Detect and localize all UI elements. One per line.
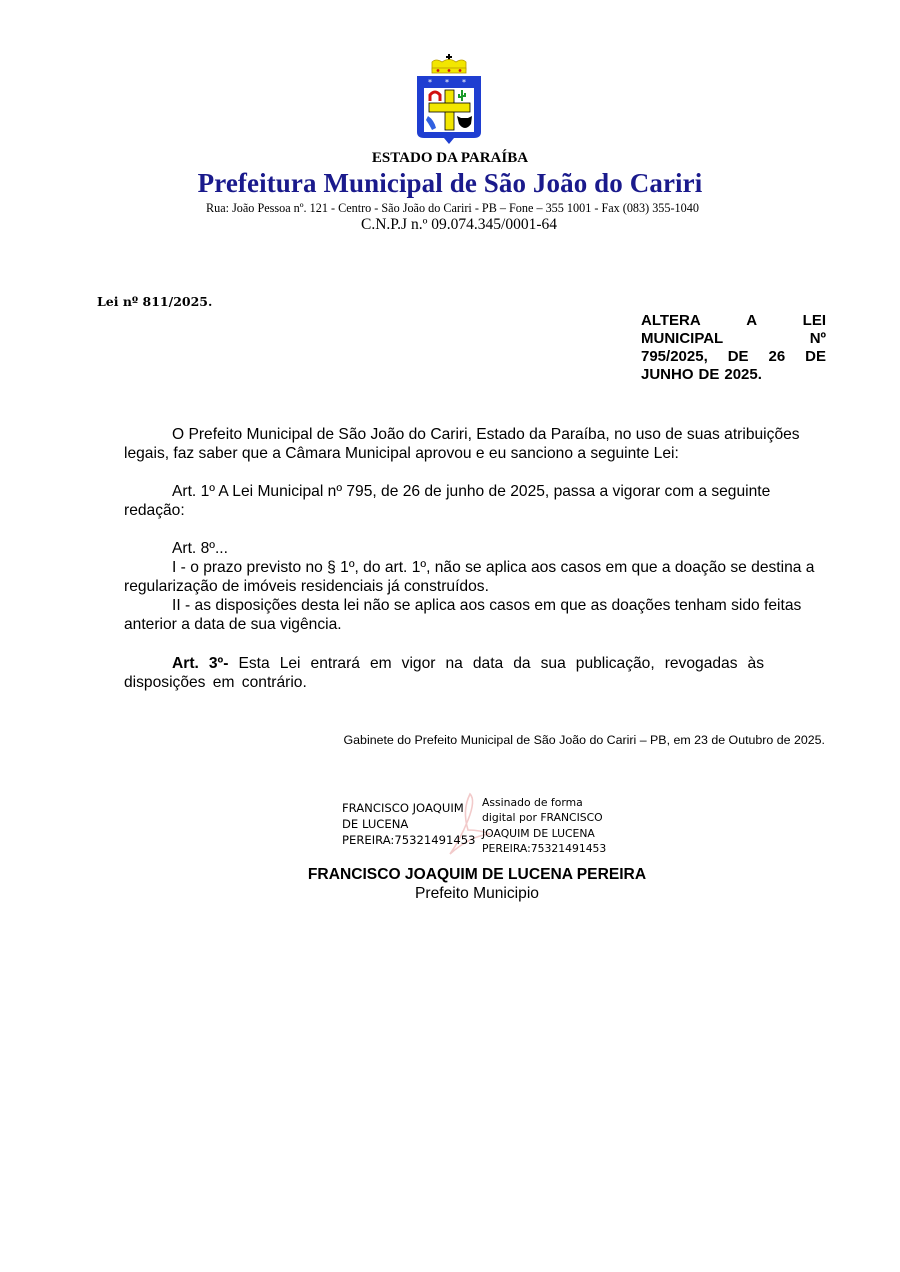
- preamble-paragraph: O Prefeito Municipal de São João do Cari…: [124, 425, 824, 463]
- article-3-paragraph: Art. 3º- Esta Lei entrará em vigor na da…: [124, 654, 764, 692]
- summary-word: A: [746, 312, 757, 330]
- state-heading: ESTADO DA PARAÍBA: [0, 150, 900, 167]
- article-3-label: Art. 3º-: [172, 655, 228, 672]
- item-ii-text: II - as disposições desta lei não se apl…: [124, 596, 824, 634]
- coat-of-arms-icon: * * *: [414, 54, 484, 146]
- summary-word: DE: [699, 366, 720, 384]
- cnpj-line: C.N.P.J n.º 09.074.345/0001-64: [0, 216, 900, 234]
- summary-word: DE: [728, 348, 749, 366]
- summary-line: 795/2025, DE 26 DE: [641, 348, 826, 366]
- svg-text:*: *: [462, 78, 466, 87]
- signature-info-line: JOAQUIM DE LUCENA: [482, 826, 606, 841]
- summary-word: 795/2025,: [641, 348, 708, 366]
- summary-word: ALTERA: [641, 312, 701, 330]
- article-1-paragraph: Art. 1º A Lei Municipal nº 795, de 26 de…: [124, 482, 824, 520]
- preamble-text: O Prefeito Municipal de São João do Cari…: [124, 425, 824, 463]
- municipality-title: Prefeitura Municipal de São João do Cari…: [0, 168, 900, 199]
- summary-line: JUNHO DE 2025.: [641, 366, 826, 384]
- item-i-text: I - o prazo previsto no § 1º, do art. 1º…: [124, 558, 824, 596]
- summary-word: JUNHO: [641, 366, 694, 384]
- summary-word: 2025.: [724, 366, 762, 384]
- svg-text:*: *: [445, 78, 449, 87]
- summary-line: MUNICIPAL Nº: [641, 330, 826, 348]
- svg-text:*: *: [428, 78, 432, 87]
- article-8-block: Art. 8º... I - o prazo previsto no § 1º,…: [124, 539, 824, 634]
- signature-name-line: PEREIRA:75321491453: [342, 832, 475, 848]
- summary-word: 26: [768, 348, 785, 366]
- signature-info-line: PEREIRA:75321491453: [482, 841, 606, 856]
- signature-name-line: DE LUCENA: [342, 816, 475, 832]
- signature-info-line: Assinado de forma: [482, 795, 606, 810]
- article-8-heading: Art. 8º...: [124, 539, 824, 558]
- summary-word: DE: [805, 348, 826, 366]
- signature-name-block: FRANCISCO JOAQUIM DE LUCENA PEREIRA:7532…: [342, 800, 475, 848]
- summary-word: LEI: [803, 312, 826, 330]
- law-summary: ALTERA A LEI MUNICIPAL Nº 795/2025, DE 2…: [641, 312, 826, 384]
- address-line: Rua: João Pessoa nº. 121 - Centro - São …: [206, 201, 699, 216]
- place-date-line: Gabinete do Prefeito Municipal de São Jo…: [344, 733, 825, 747]
- article-1-text: Art. 1º A Lei Municipal nº 795, de 26 de…: [124, 482, 824, 520]
- summary-word: MUNICIPAL: [641, 330, 723, 348]
- summary-word: Nº: [810, 330, 826, 348]
- digital-signature-info: Assinado de forma digital por FRANCISCO …: [482, 795, 606, 856]
- signature-name-line: FRANCISCO JOAQUIM: [342, 800, 475, 816]
- article-3-text: Art. 3º- Esta Lei entrará em vigor na da…: [124, 654, 764, 692]
- signer-role: Prefeito Municipio: [0, 885, 900, 903]
- signature-info-line: digital por FRANCISCO: [482, 810, 606, 825]
- summary-line: ALTERA A LEI: [641, 312, 826, 330]
- signer-name: FRANCISCO JOAQUIM DE LUCENA PEREIRA: [0, 866, 900, 884]
- law-number: Lei nº 811/2025.: [97, 294, 212, 309]
